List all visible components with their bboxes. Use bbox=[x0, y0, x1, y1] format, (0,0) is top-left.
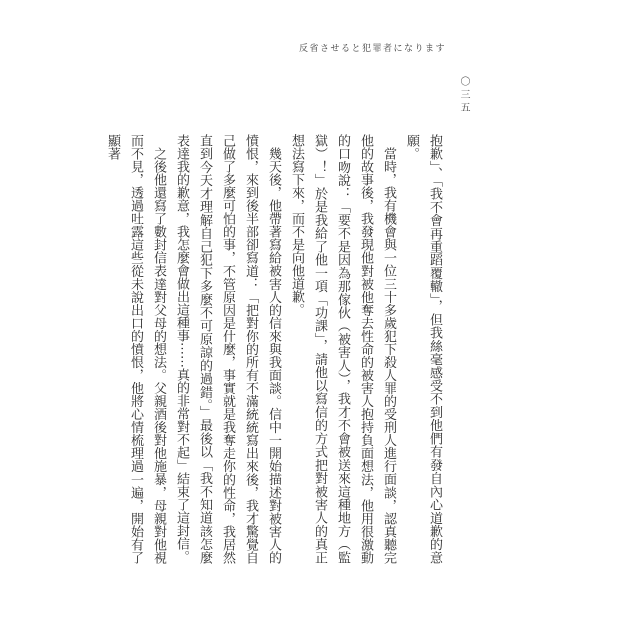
paragraph-1: 抱歉」、「我不會再重蹈覆轍」，但我絲毫感受不到他們有發自內心道歉的意願。 bbox=[400, 134, 446, 564]
book-page: 反省させると犯罪者になります 〇三五 抱歉」、「我不會再重蹈覆轍」，但我絲毫感受… bbox=[0, 0, 640, 640]
running-header: 反省させると犯罪者になります bbox=[299, 41, 459, 54]
body-text: 抱歉」、「我不會再重蹈覆轍」，但我絲毫感受不到他們有發自內心道歉的意願。 當時，… bbox=[101, 134, 446, 564]
paragraph-3: 幾天後，他帶著寫給被害人的信來與我面談。信中一開始描述對被害人的憤恨，來到後半部… bbox=[170, 134, 285, 564]
page-number: 〇三五 bbox=[456, 76, 471, 115]
paragraph-2: 當時，我有機會與一位三十多歲犯下殺人罪的受刑人進行面談，認真聽完他的故事後，我發… bbox=[285, 134, 400, 564]
paragraph-4: 之後他還寫了數封信表達對父母的想法。父親酒後對他施暴，母親對他視而不見，透過吐露… bbox=[101, 134, 170, 564]
